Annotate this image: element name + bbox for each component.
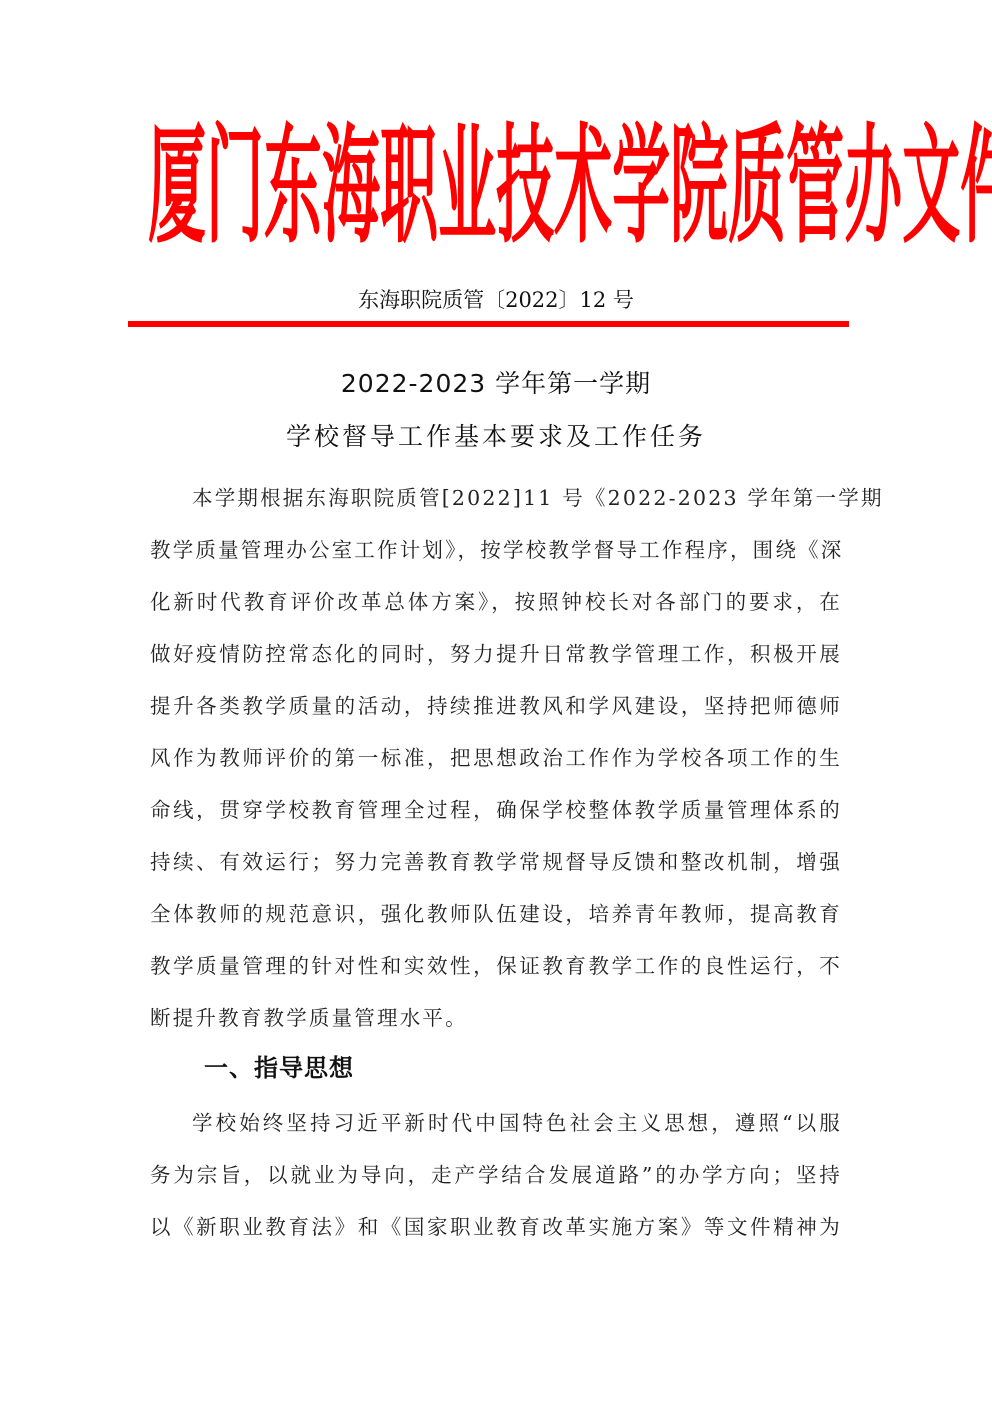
paragraph-line: 提升各类教学质量的活动，持续推进教风和学风建设，坚持把师德师 [150, 680, 842, 732]
document-page: 厦 门 东 海 职 业 技 术 学 院 质 管 办 文 件 东海职院质管〔202… [0, 0, 992, 1403]
header-char: 学 [612, 122, 670, 250]
intro-paragraph: 本学期根据东海职院质管[2022]11 号《2022-2023 学年第一学期 教… [150, 472, 842, 1044]
paragraph-line: 化新时代教育评价改革总体方案》，按照钟校长对各部门的要求，在 [150, 576, 842, 628]
header-char: 门 [206, 122, 264, 250]
document-title-line-1: 2022-2023 学年第一学期 [0, 364, 992, 400]
paragraph-line: 教学质量管理的针对性和实效性，保证教育教学工作的良性运行，不 [150, 940, 842, 992]
paragraph-line: 命线，贯穿学校教育管理全过程，确保学校整体教学质量管理体系的 [150, 784, 842, 836]
header-char: 质 [728, 122, 786, 250]
red-divider-line [128, 321, 849, 327]
paragraph-line: 学校始终坚持习近平新时代中国特色社会主义思想，遵照“以服 [150, 1097, 842, 1149]
header-char: 职 [380, 122, 438, 250]
header-char: 文 [902, 122, 960, 250]
header-char: 厦 [148, 122, 206, 250]
paragraph-line: 教学质量管理办公室工作计划》，按学校教学督导工作程序，围绕《深 [150, 524, 842, 576]
paragraph-line: 风作为教师评价的第一标准，把思想政治工作作为学校各项工作的生 [150, 732, 842, 784]
paragraph-line: 以《新职业教育法》和《国家职业教育改革实施方案》等文件精神为 [150, 1201, 842, 1253]
guiding-ideology-paragraph: 学校始终坚持习近平新时代中国特色社会主义思想，遵照“以服 务为宗旨，以就业为导向… [150, 1097, 842, 1253]
header-char: 管 [786, 122, 844, 250]
section-heading-guiding-ideology: 一、指导思想 [204, 1048, 354, 1083]
header-char: 海 [322, 122, 380, 250]
paragraph-line: 持续、有效运行；努力完善教育教学常规督导反馈和整改机制，增强 [150, 836, 842, 888]
issuer-red-header: 厦 门 东 海 职 业 技 术 学 院 质 管 办 文 件 [148, 118, 844, 254]
paragraph-line: 做好疫情防控常态化的同时，努力提升日常教学管理工作，积极开展 [150, 628, 842, 680]
header-char: 件 [960, 122, 992, 250]
document-title-line-2: 学校督导工作基本要求及工作任务 [0, 417, 992, 453]
paragraph-line: 本学期根据东海职院质管[2022]11 号《2022-2023 学年第一学期 [150, 472, 842, 524]
document-number: 东海职院质管〔2022〕12 号 [0, 284, 992, 314]
header-char: 办 [844, 122, 902, 250]
paragraph-line: 全体教师的规范意识，强化教师队伍建设，培养青年教师，提高教育 [150, 888, 842, 940]
header-char: 术 [554, 122, 612, 250]
header-char: 技 [496, 122, 554, 250]
paragraph-line: 务为宗旨，以就业为导向，走产学结合发展道路”的办学方向；坚持 [150, 1149, 842, 1201]
header-char: 东 [264, 122, 322, 250]
header-char: 院 [670, 122, 728, 250]
paragraph-line: 断提升教育教学质量管理水平。 [150, 992, 842, 1044]
header-char: 业 [438, 122, 496, 250]
